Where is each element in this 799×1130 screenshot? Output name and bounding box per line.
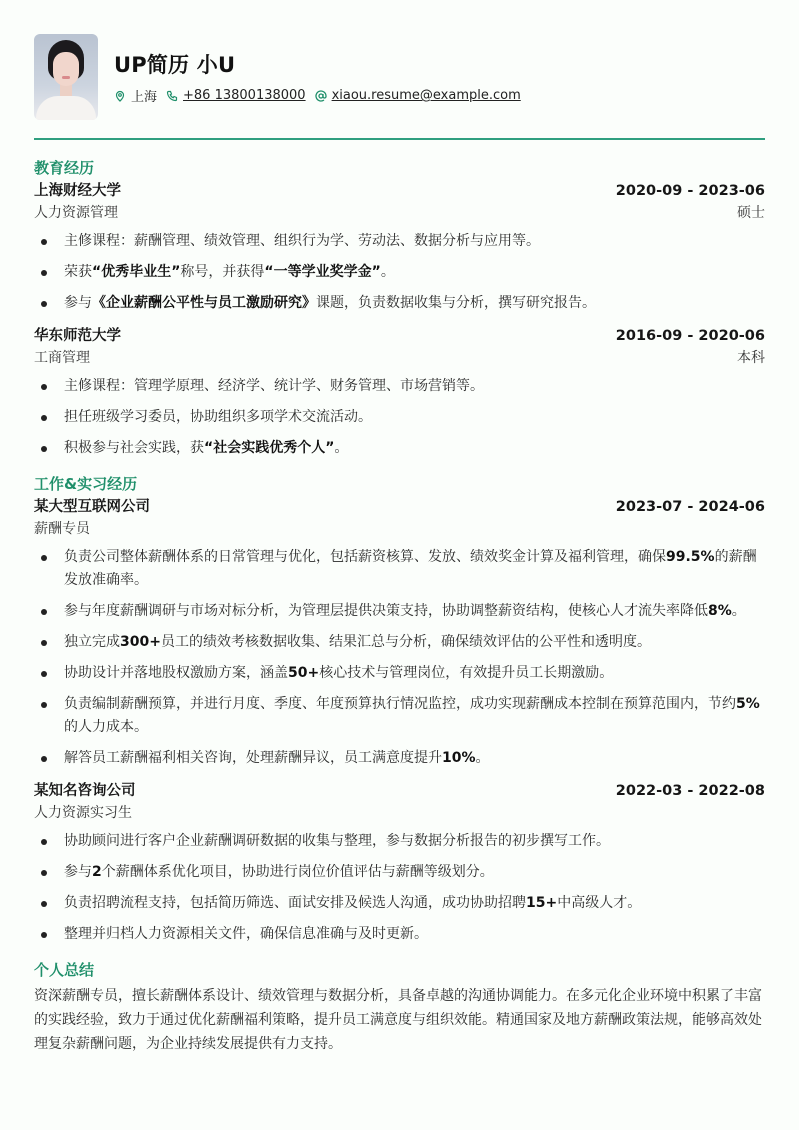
map-pin-icon <box>114 90 126 102</box>
at-sign-icon <box>315 90 327 102</box>
bullet-item: 协助设计并落地股权激励方案，涵盖50+核心技术与管理岗位，有效提升员工长期激励。 <box>34 662 765 685</box>
date-range: 2022-03 - 2022-08 <box>616 780 765 802</box>
major: 人力资源管理 <box>34 202 118 224</box>
resume-header: UP简历 小U 上海 +86 13800138000 xiaou.resume@… <box>34 34 765 120</box>
date-range: 2016-09 - 2020-06 <box>616 325 765 347</box>
bullet-item: 负责公司整体薪酬体系的日常管理与优化，包括薪资核算、发放、绩效奖金计算及福利管理… <box>34 546 765 592</box>
bullet-item: 整理并归档人力资源相关文件，确保信息准确与及时更新。 <box>34 923 765 946</box>
work-entry: 某知名咨询公司 2022-03 - 2022-08 人力资源实习生 协助顾问进行… <box>34 780 765 946</box>
bullet-item: 协助顾问进行客户企业薪酬调研数据的收集与整理，参与数据分析报告的初步撰写工作。 <box>34 830 765 853</box>
bullet-item: 负责招聘流程支持，包括简历筛选、面试安排及候选人沟通，成功协助招聘15+中高级人… <box>34 892 765 915</box>
summary-text: 资深薪酬专员，擅长薪酬体系设计、绩效管理与数据分析，具备卓越的沟通协调能力。在多… <box>34 984 765 1056</box>
bullet-item: 负责编制薪酬预算，并进行月度、季度、年度预算执行情况监控，成功实现薪酬成本控制在… <box>34 693 765 739</box>
company-name: 某知名咨询公司 <box>34 780 136 802</box>
bullet-item: 参与《企业薪酬公平性与员工激励研究》课题，负责数据收集与分析，撰写研究报告。 <box>34 292 765 315</box>
job-role: 薪酬专员 <box>34 518 90 540</box>
candidate-name: UP简历 小U <box>114 50 530 80</box>
bullet-item: 解答员工薪酬福利相关咨询，处理薪酬异议，员工满意度提升10%。 <box>34 747 765 770</box>
contact-location: 上海 <box>114 86 157 105</box>
avatar-photo <box>34 34 98 120</box>
bullet-item: 主修课程：管理学原理、经济学、统计学、财务管理、市场营销等。 <box>34 375 765 398</box>
bullet-item: 荣获“优秀毕业生”称号，并获得“一等学业奖学金”。 <box>34 261 765 284</box>
section-title-education: 教育经历 <box>34 158 765 178</box>
email-link[interactable]: xiaou.resume@example.com <box>332 88 521 103</box>
major: 工商管理 <box>34 347 90 369</box>
school-name: 华东师范大学 <box>34 325 121 347</box>
bullet-item: 主修课程：薪酬管理、绩效管理、组织行为学、劳动法、数据分析与应用等。 <box>34 230 765 253</box>
job-role: 人力资源实习生 <box>34 802 132 824</box>
location-text: 上海 <box>131 86 157 105</box>
contact-email: xiaou.resume@example.com <box>315 88 521 103</box>
section-title-summary: 个人总结 <box>34 960 765 980</box>
education-entry: 华东师范大学 2016-09 - 2020-06 工商管理 本科 主修课程：管理… <box>34 325 765 460</box>
section-title-work: 工作&实习经历 <box>34 474 765 494</box>
header-divider <box>34 138 765 140</box>
education-entry: 上海财经大学 2020-09 - 2023-06 人力资源管理 硕士 主修课程：… <box>34 180 765 315</box>
bullet-item: 参与年度薪酬调研与市场对标分析，为管理层提供决策支持，协助调整薪资结构，使核心人… <box>34 600 765 623</box>
contact-phone: +86 13800138000 <box>166 88 306 103</box>
bullet-item: 参与2个薪酬体系优化项目，协助进行岗位价值评估与薪酬等级划分。 <box>34 861 765 884</box>
date-range: 2020-09 - 2023-06 <box>616 180 765 202</box>
resume-page: UP简历 小U 上海 +86 13800138000 xiaou.resume@… <box>34 34 765 1056</box>
phone-link[interactable]: +86 13800138000 <box>183 88 306 103</box>
date-range: 2023-07 - 2024-06 <box>616 496 765 518</box>
school-name: 上海财经大学 <box>34 180 121 202</box>
bullet-item: 担任班级学习委员，协助组织多项学术交流活动。 <box>34 406 765 429</box>
contact-row: 上海 +86 13800138000 xiaou.resume@example.… <box>114 86 530 105</box>
company-name: 某大型互联网公司 <box>34 496 150 518</box>
header-info: UP简历 小U 上海 +86 13800138000 xiaou.resume@… <box>114 34 530 105</box>
degree: 本科 <box>737 347 765 369</box>
bullet-item: 独立完成300+员工的绩效考核数据收集、结果汇总与分析，确保绩效评估的公平性和透… <box>34 631 765 654</box>
bullet-item: 积极参与社会实践，获“社会实践优秀个人”。 <box>34 437 765 460</box>
work-entry: 某大型互联网公司 2023-07 - 2024-06 薪酬专员 负责公司整体薪酬… <box>34 496 765 770</box>
phone-icon <box>166 90 178 102</box>
degree: 硕士 <box>737 202 765 224</box>
